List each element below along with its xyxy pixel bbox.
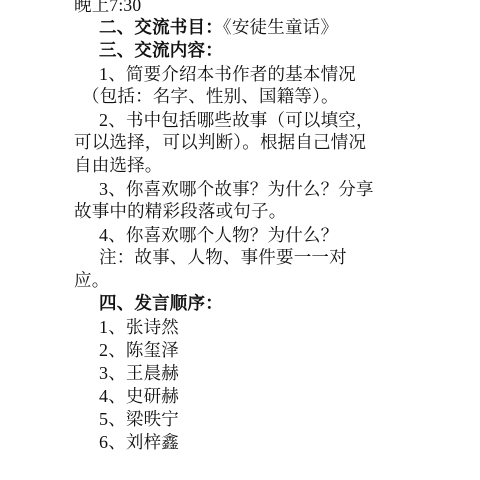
time-line: 晚上7:30 [74,0,141,17]
item-number: 1 [99,64,108,84]
item-number: 2 [99,110,108,130]
book-heading: 二、交流书目： [99,18,223,38]
content-heading: 三、交流内容： [99,40,223,62]
note-line-2: 应。 [74,270,109,292]
content-item-2-line-3: 自由选择。 [74,155,163,177]
speaker-item: 2、陈玺泽 [99,339,179,362]
speaker-item: 3、王晨赫 [99,362,179,385]
speaker-item: 4、史研赫 [99,385,179,408]
time-prefix: 晚上 [74,0,109,16]
time-value: 7:30 [109,0,141,15]
content-item-2-line-1: 2、书中包括哪些故事（可以填空， [99,109,374,132]
content-item-1-line-1: 1、简要介绍本书作者的基本情况 [99,63,356,86]
speaker-item: 6、刘梓鑫 [99,431,179,454]
note-line-1: 注：故事、人物、事件要一一对 [99,247,347,269]
book-section: 二、交流书目：《安徒生童话》 [99,17,338,39]
content-item-4-line-1: 4、你喜欢哪个人物？为什么？ [99,224,338,247]
order-heading: 四、发言顺序： [99,293,223,315]
book-title: 《安徒生童话》 [223,18,338,38]
content-item-3-line-2: 故事中的精彩段落或句子。 [74,201,286,223]
document-page: 晚上7:30 二、交流书目：《安徒生童话》 三、交流内容： 1、简要介绍本书作者… [0,0,480,480]
content-item-1-line-2: （包括：名字、性别、国籍等）。 [82,86,339,108]
speaker-item: 5、梁昳宁 [99,408,179,431]
content-item-3-line-1: 3、你喜欢哪个故事？为什么？分享 [99,178,374,201]
item-number: 3 [99,179,108,199]
speaker-item: 1、张诗然 [99,316,179,339]
item-number: 4 [99,225,108,245]
content-item-2-line-2: 可以选择，可以判断）。根据自己情况 [74,132,366,154]
